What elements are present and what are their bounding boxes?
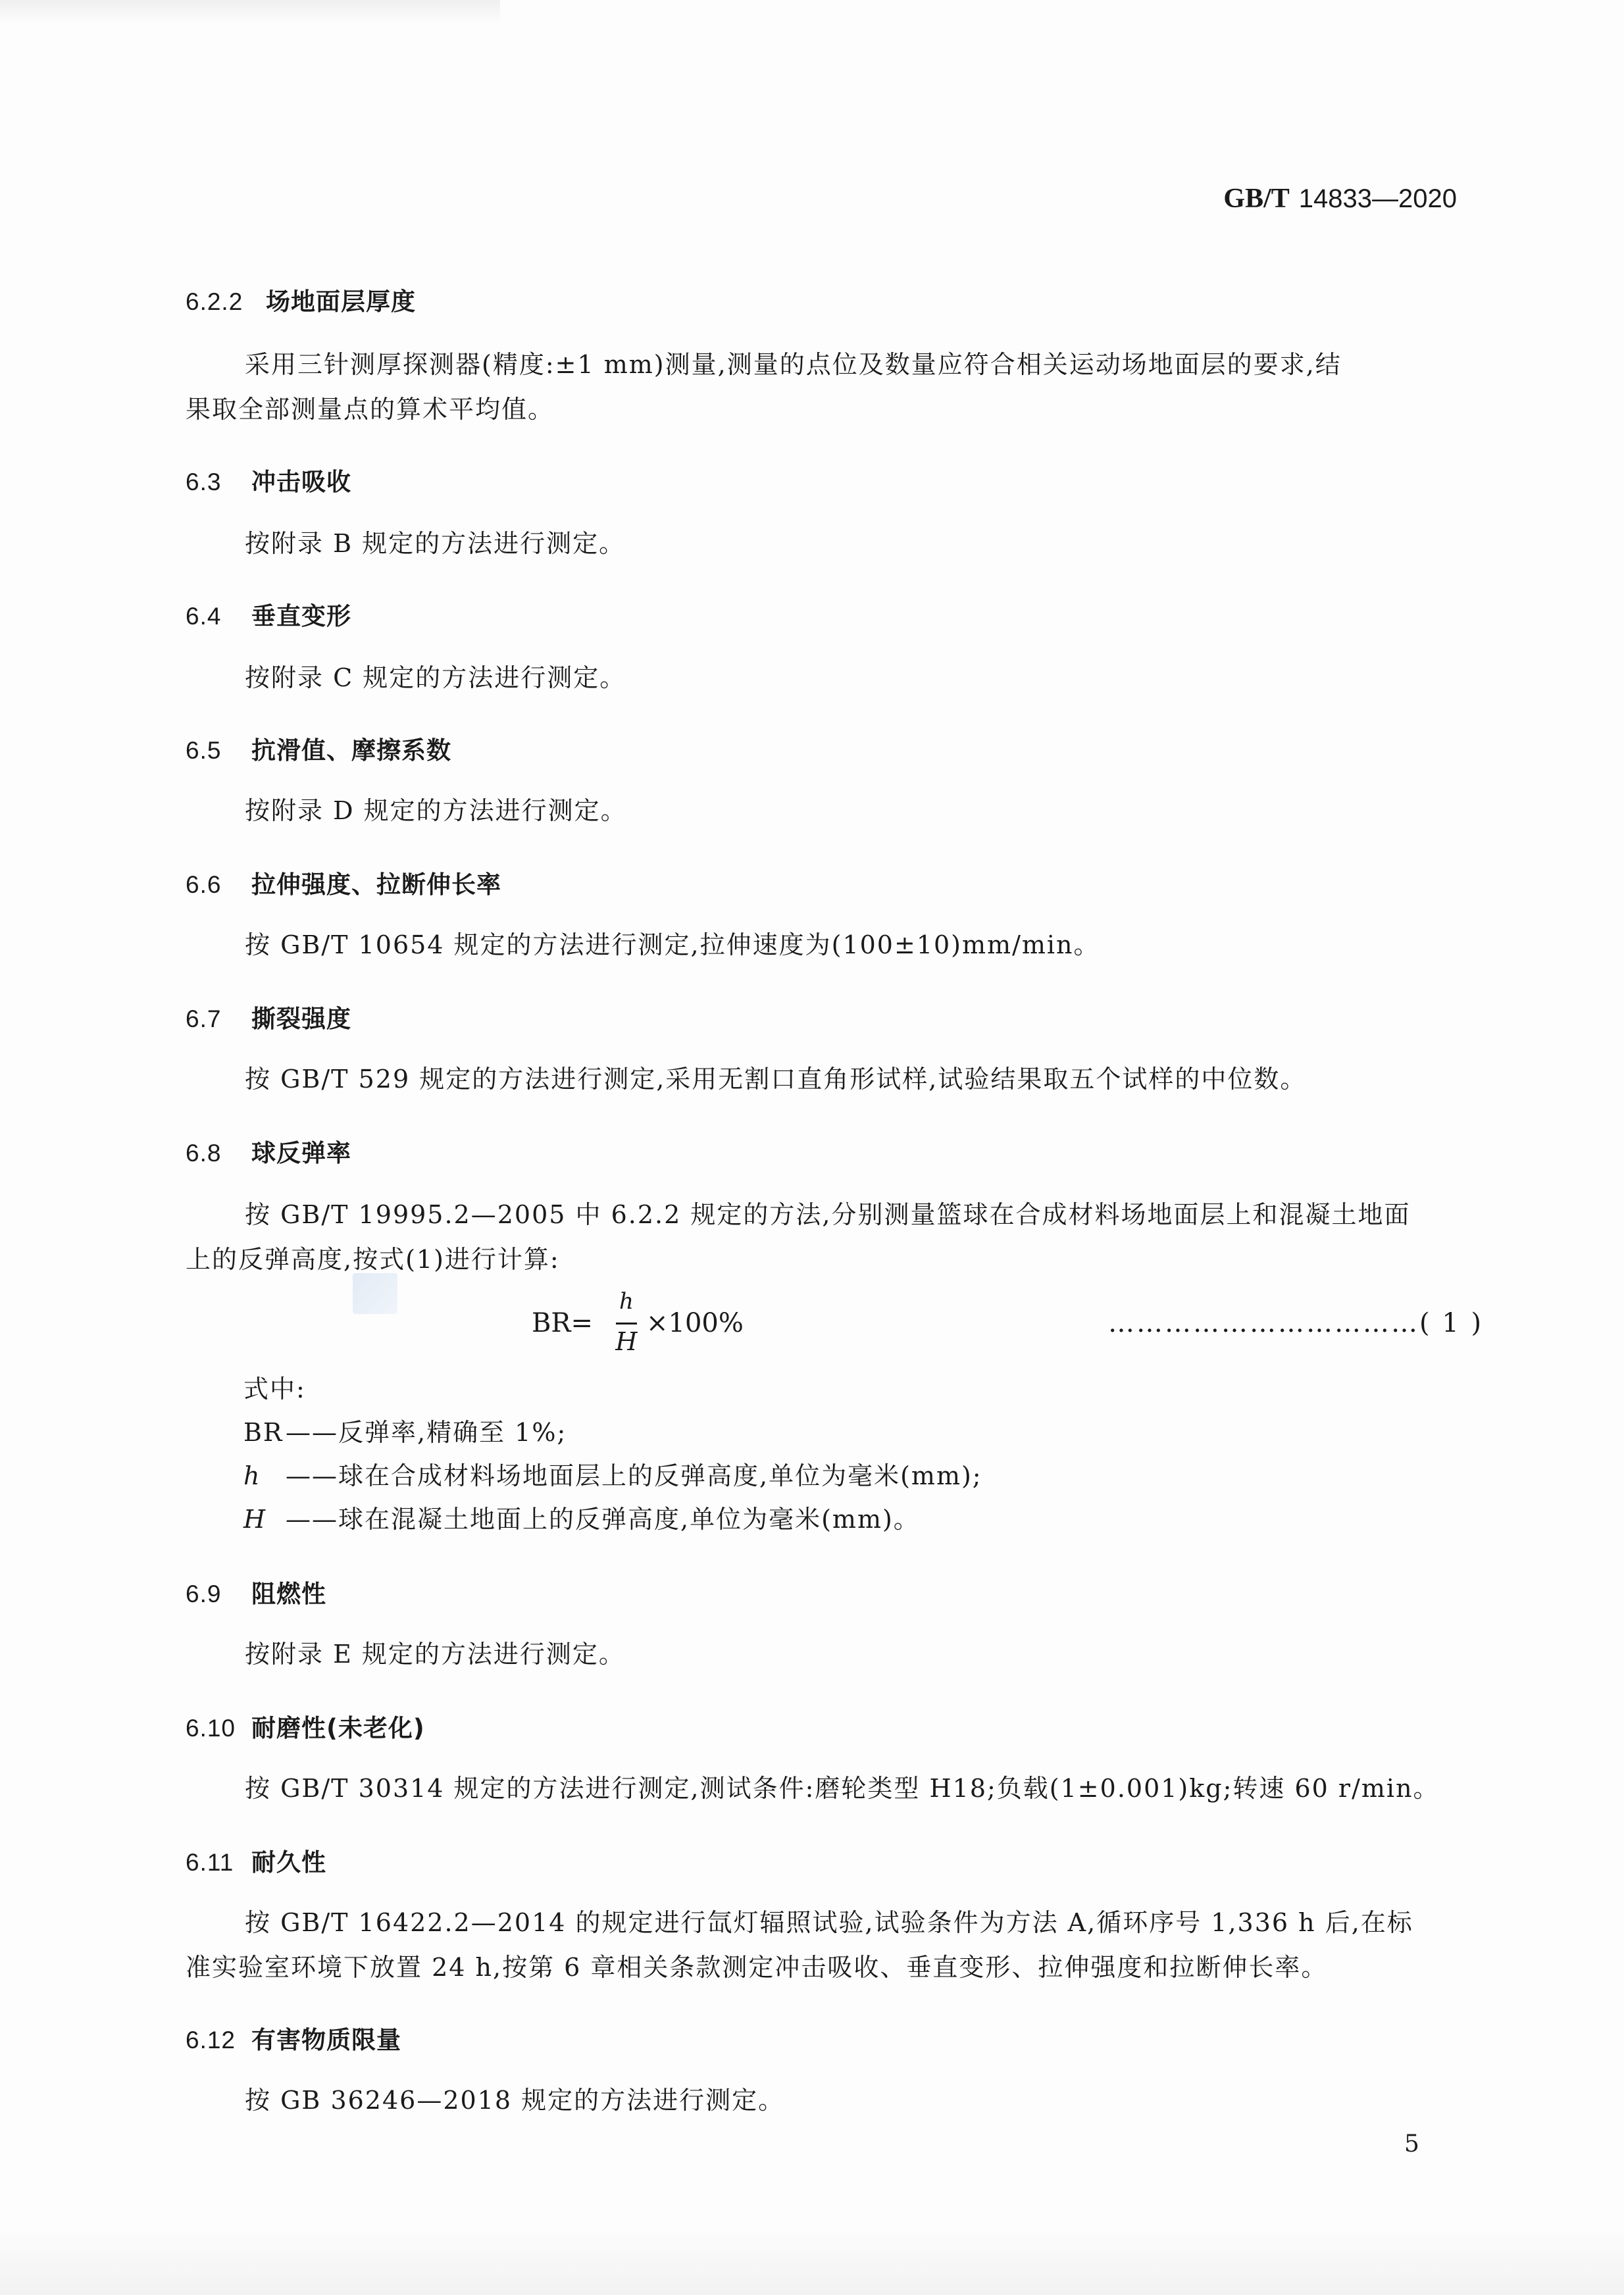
section-number: 6.7 [186,1005,251,1033]
paragraph-6-4: 按附录 C 规定的方法进行测定。 [186,655,1462,700]
section-heading-6-8: 6.8球反弹率 [186,1133,351,1169]
where-label: 式中: [243,1367,306,1411]
legend-symbol: BR [243,1411,286,1454]
standard-code-header: GB/T14833—2020 [1223,183,1457,214]
paragraph-6-9: 按附录 E 规定的方法进行测定。 [186,1632,1462,1677]
legend-item-br: BR——反弹率,精确至 1%; [243,1411,567,1454]
section-title: 耐久性 [251,1848,326,1877]
section-number: 6.2.2 [186,288,266,316]
paragraph-6-7: 按 GB/T 529 规定的方法进行测定,采用无割口直角形试样,试验结果取五个试… [186,1057,1462,1101]
section-heading-6-11: 6.11耐久性 [186,1842,326,1878]
formula-lhs: BR= [532,1308,593,1338]
section-heading-6-10: 6.10耐磨性(未老化) [186,1708,425,1744]
formula-label: ( 1 ) [1419,1308,1483,1338]
section-heading-6-7: 6.7撕裂强度 [186,999,351,1034]
standard-number: 14833—2020 [1299,184,1457,213]
section-title: 撕裂强度 [251,1005,351,1033]
section-number: 6.12 [186,2027,251,2054]
legend-symbol: h [243,1454,286,1498]
section-number: 6.5 [186,737,251,765]
section-title: 耐磨性(未老化) [251,1714,425,1742]
legend-item-h-upper: H——球在混凝土地面上的反弹高度,单位为毫米(mm)。 [243,1498,920,1541]
section-heading-6-12: 6.12有害物质限量 [186,2020,401,2055]
scan-shadow-top [0,0,500,24]
legend-description: ——球在合成材料场地面层上的反弹高度,单位为毫米(mm); [286,1461,982,1490]
section-number: 6.6 [186,871,251,899]
section-number: 6.8 [186,1140,251,1167]
formula-leader-dots: …………………………… [1108,1308,1419,1338]
section-number: 6.4 [186,603,251,630]
section-title: 拉伸强度、拉断伸长率 [251,870,501,899]
section-number: 6.10 [186,1715,251,1742]
paragraph-6-11-line-2: 准实验室环境下放置 24 h,按第 6 章相关条款测定冲击吸收、垂直变形、拉伸强… [186,1945,1462,1990]
paragraph-6-10: 按 GB/T 30314 规定的方法进行测定,测试条件:磨轮类型 H18;负载(… [186,1766,1462,1811]
standard-prefix: GB/T [1223,184,1289,214]
paragraph-6-5: 按附录 D 规定的方法进行测定。 [186,788,1462,833]
legend-symbol: H [243,1498,286,1541]
section-heading-6-5: 6.5抗滑值、摩擦系数 [186,730,451,766]
section-heading-6-2-2: 6.2.2场地面层厚度 [186,282,416,317]
paragraph-6-3: 按附录 B 规定的方法进行测定。 [186,521,1462,566]
legend-description: ——球在混凝土地面上的反弹高度,单位为毫米(mm)。 [286,1505,920,1534]
formula-number: ……………………………( 1 ) [1108,1308,1483,1338]
paragraph-6-11-line-1: 按 GB/T 16422.2—2014 的规定进行氙灯辐照试验,试验条件为方法 … [186,1900,1462,1945]
section-title: 冲击吸收 [251,468,351,496]
section-heading-6-4: 6.4垂直变形 [186,596,351,632]
formula-numerator: h [615,1290,638,1313]
legend-item-h-lower: h——球在合成材料场地面层上的反弹高度,单位为毫米(mm); [243,1454,982,1498]
section-title: 场地面层厚度 [266,288,416,316]
section-heading-6-6: 6.6拉伸强度、拉断伸长率 [186,865,501,900]
formula-rhs: ×100% [646,1308,744,1338]
formula-denominator: H [615,1328,638,1355]
paragraph-6-8-line-1: 按 GB/T 19995.2—2005 中 6.2.2 规定的方法,分别测量篮球… [186,1192,1462,1237]
section-heading-6-9: 6.9阻燃性 [186,1574,326,1609]
legend-description: ——反弹率,精确至 1%; [286,1418,567,1447]
formula-fraction: h H [615,1290,638,1355]
formula-1: BR= h H ×100% ……………………………( 1 ) [532,1290,1453,1362]
page-number: 5 [1404,2131,1419,2157]
scan-shadow-bottom [0,2223,1624,2295]
section-title: 球反弹率 [251,1139,351,1167]
watermark-logo [353,1273,397,1314]
paragraph-6-12: 按 GB 36246—2018 规定的方法进行测定。 [186,2078,1462,2123]
section-title: 抗滑值、摩擦系数 [251,736,451,765]
section-title: 阻燃性 [251,1580,326,1608]
paragraph-6-2-2-line-2: 果取全部测量点的算术平均值。 [186,387,1462,432]
paragraph-6-2-2-line-1: 采用三针测厚探测器(精度:±1 mm)测量,测量的点位及数量应符合相关运动场地面… [186,342,1462,387]
paragraph-6-6: 按 GB/T 10654 规定的方法进行测定,拉伸速度为(100±10)mm/m… [186,922,1462,967]
section-number: 6.11 [186,1849,251,1877]
section-heading-6-3: 6.3冲击吸收 [186,462,351,497]
section-title: 有害物质限量 [251,2026,401,2054]
fraction-bar [616,1323,637,1324]
section-number: 6.3 [186,468,251,496]
section-number: 6.9 [186,1580,251,1608]
section-title: 垂直变形 [251,602,351,630]
